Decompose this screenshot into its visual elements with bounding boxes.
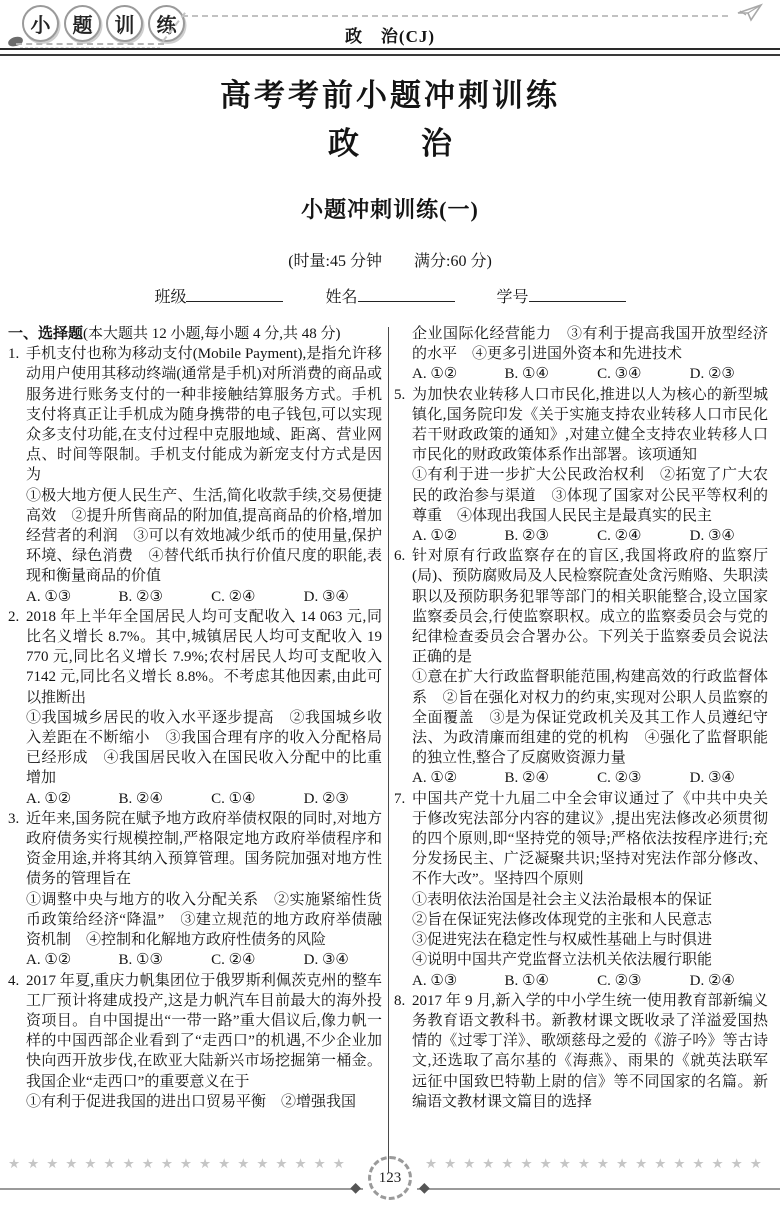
- question-stem: 2018 年上半年全国居民人均可支配收入 14 063 元,同比名义增长 8.7…: [26, 607, 382, 708]
- question-number: 3.: [8, 809, 19, 829]
- star-row: ★★★★★★★★★★★★★★★★★★: [425, 1156, 772, 1172]
- main-subject: 政 治: [0, 118, 780, 163]
- option-c: C. ②③: [597, 971, 690, 991]
- option-b: B. ①④: [505, 971, 598, 991]
- time-score-line: (时量:45 分钟 满分:60 分): [0, 248, 780, 271]
- option-d: D. ③④: [304, 950, 382, 970]
- name-field: 姓名: [325, 289, 454, 306]
- question-8: 8. 2017 年 9 月,新入学的中小学生统一使用教育部新编义务教育语文教科书…: [394, 991, 768, 1112]
- column-divider: [388, 327, 389, 1173]
- question-5: 5. 为加快农业转移人口市民化,推进以人为核心的新型城镇化,国务院印发《关于实施…: [394, 385, 768, 547]
- question-items: ①我国城乡居民的收入水平逐步提高 ②我国城乡收入差距在不断缩小 ③我国合理有序的…: [26, 708, 382, 789]
- diamond-icon: ◆: [419, 1180, 430, 1197]
- question-items: ①意在扩大行政监督职能范围,构建高效的行政监督体系 ②旨在强化对权力的约束,实现…: [412, 667, 768, 768]
- section-heading: 一、选择题(本大题共 12 小题,每小题 4 分,共 48 分): [8, 324, 382, 344]
- exam-body: 一、选择题(本大题共 12 小题,每小题 4 分,共 48 分) 1. 手机支付…: [0, 324, 780, 1176]
- question-options: A. ①② B. ②④ C. ①④ D. ②③: [26, 789, 382, 809]
- star-row: ★★★★★★★★★★★★★★★★★★: [8, 1156, 355, 1172]
- question-items: ①调整中央与地方的收入分配关系 ②实施紧缩性货币政策给经济“降温” ③建立规范的…: [26, 890, 382, 951]
- class-label: 班级: [154, 289, 186, 306]
- question-number: 6.: [394, 546, 405, 566]
- option-a: A. ①②: [26, 789, 119, 809]
- option-c: C. ②④: [211, 950, 304, 970]
- question-number: 5.: [394, 385, 405, 405]
- id-blank: [529, 286, 626, 302]
- option-d: D. ③④: [690, 768, 768, 788]
- question-item-4: ④说明中国共产党监督立法机关依法履行职能: [412, 950, 768, 970]
- name-blank: [358, 286, 455, 302]
- option-b: B. ①④: [505, 364, 598, 384]
- option-d: D. ②④: [690, 971, 768, 991]
- diamond-icon: ◆: [350, 1180, 361, 1197]
- option-c: C. ②③: [597, 768, 690, 788]
- question-options: A. ①② B. ②④ C. ②③ D. ③④: [412, 768, 768, 788]
- question-7: 7. 中国共产党十九届二中全会审议通过了《中共中央关于修改宪法部分内容的建议》,…: [394, 789, 768, 991]
- option-d: D. ③④: [690, 526, 768, 546]
- class-blank: [186, 286, 283, 302]
- class-field: 班级: [154, 289, 283, 306]
- id-label: 学号: [497, 289, 529, 306]
- option-b: B. ②④: [505, 768, 598, 788]
- option-a: A. ①②: [412, 364, 505, 384]
- student-info-line: 班级 姓名 学号: [0, 284, 780, 307]
- question-stem: 为加快农业转移人口市民化,推进以人为核心的新型城镇化,国务院印发《关于实施支持农…: [412, 385, 768, 466]
- option-d: D. ③④: [304, 587, 382, 607]
- badge-dash-line-2: [20, 47, 160, 48]
- footer-line: [0, 1188, 363, 1190]
- option-a: A. ①②: [412, 526, 505, 546]
- masthead: 小 题 训 练 政 治(CJ): [0, 0, 780, 46]
- question-number: 8.: [394, 991, 405, 1011]
- paper-title: 小题冲刺训练(一): [0, 193, 780, 224]
- option-c: C. ③④: [597, 364, 690, 384]
- question-stem: 手机支付也称为移动支付(Mobile Payment),是指允许移动用户使用其移…: [26, 344, 382, 485]
- option-c: C. ②④: [597, 526, 690, 546]
- question-4: 4. 2017 年夏,重庆力帆集团位于俄罗斯利佩茨克州的整车工厂预计将建成投产,…: [8, 971, 382, 1112]
- question-items: ①有利于进一步扩大公民政治权利 ②拓宽了广大农民的政治参与渠道 ③体现了国家对公…: [412, 465, 768, 526]
- header-double-rule: [0, 48, 780, 56]
- question-1: 1. 手机支付也称为移动支付(Mobile Payment),是指允许移动用户使…: [8, 344, 382, 607]
- option-d: D. ②③: [690, 364, 768, 384]
- footer-left-decoration: ★★★★★★★★★★★★★★★★★★ ◆: [0, 1156, 363, 1200]
- option-b: B. ①③: [119, 950, 212, 970]
- option-c: C. ②④: [211, 587, 304, 607]
- option-a: A. ①②: [412, 768, 505, 788]
- top-dash-line: [182, 15, 728, 17]
- question-stem: 2017 年夏,重庆力帆集团位于俄罗斯利佩茨克州的整车工厂预计将建成投产,这是力…: [26, 971, 382, 1092]
- left-column: 一、选择题(本大题共 12 小题,每小题 4 分,共 48 分) 1. 手机支付…: [8, 324, 382, 1176]
- question-3: 3. 近年来,国务院在赋予地方政府举债权限的同时,对地方政府债务实行规模控制,严…: [8, 809, 382, 971]
- question-number: 7.: [394, 789, 405, 809]
- footer-line: [417, 1188, 780, 1190]
- question-items-partial: ①有利于促进我国的进出口贸易平衡 ②增强我国: [26, 1092, 382, 1112]
- option-b: B. ②③: [119, 587, 212, 607]
- question-item-2: ②旨在保证宪法修改体现党的主张和人民意志: [412, 910, 768, 930]
- page-footer: ★★★★★★★★★★★★★★★★★★ ◆ 123 ★★★★★★★★★★★★★★★…: [0, 1156, 780, 1200]
- question-options: A. ①② B. ①③ C. ②④ D. ③④: [26, 950, 382, 970]
- page-number-badge: 123: [368, 1156, 412, 1200]
- question-options: A. ①② B. ①④ C. ③④ D. ②③: [412, 364, 768, 384]
- question-items-continued: 企业国际化经营能力 ③有利于提高我国开放型经济的水平 ④更多引进国外资本和先进技…: [412, 324, 768, 364]
- section-heading-bold: 一、选择题: [8, 326, 83, 342]
- option-a: A. ①③: [26, 587, 119, 607]
- question-stem: 针对原有行政监察存在的盲区,我国将政府的监察厅(局)、预防腐败局及人民检察院查处…: [412, 546, 768, 667]
- id-field: 学号: [497, 289, 626, 306]
- option-a: A. ①③: [412, 971, 505, 991]
- name-label: 姓名: [325, 289, 357, 306]
- main-title: 高考考前小题冲刺训练: [0, 70, 780, 115]
- question-number: 1.: [8, 344, 19, 364]
- question-item-1: ①表明依法治国是社会主义法治最根本的保证: [412, 890, 768, 910]
- question-number: 4.: [8, 971, 19, 991]
- question-4-continued: 企业国际化经营能力 ③有利于提高我国开放型经济的水平 ④更多引进国外资本和先进技…: [394, 324, 768, 385]
- question-stem: 中国共产党十九届二中全会审议通过了《中共中央关于修改宪法部分内容的建议》,提出宪…: [412, 789, 768, 890]
- option-d: D. ②③: [304, 789, 382, 809]
- option-b: B. ②④: [119, 789, 212, 809]
- option-b: B. ②③: [505, 526, 598, 546]
- option-c: C. ①④: [211, 789, 304, 809]
- question-items: ①极大地方便人民生产、生活,简化收款手续,交易便捷高效 ②提升所售商品的附加值,…: [26, 486, 382, 587]
- question-stem: 2017 年 9 月,新入学的中小学生统一使用教育部新编义务教育语文教科书。新教…: [412, 991, 768, 1112]
- question-stem: 近年来,国务院在赋予地方政府举债权限的同时,对地方政府债务实行规模控制,严格限定…: [26, 809, 382, 890]
- question-options: A. ①③ B. ①④ C. ②③ D. ②④: [412, 971, 768, 991]
- question-options: A. ①② B. ②③ C. ②④ D. ③④: [412, 526, 768, 546]
- page-subject: 政 治(CJ): [0, 22, 780, 47]
- footer-right-decoration: ★★★★★★★★★★★★★★★★★★ ◆: [417, 1156, 780, 1200]
- question-2: 2. 2018 年上半年全国居民人均可支配收入 14 063 元,同比名义增长 …: [8, 607, 382, 809]
- exam-page: 小 题 训 练 政 治(CJ) 高考考前小题冲刺训练 政 治 小题冲刺训练(一)…: [0, 0, 780, 1212]
- question-item-3: ③促进宪法在稳定性与权威性基础上与时俱进: [412, 930, 768, 950]
- question-number: 2.: [8, 607, 19, 627]
- question-6: 6. 针对原有行政监察存在的盲区,我国将政府的监察厅(局)、预防腐败局及人民检察…: [394, 546, 768, 788]
- right-column: 企业国际化经营能力 ③有利于提高我国开放型经济的水平 ④更多引进国外资本和先进技…: [394, 324, 768, 1176]
- question-options: A. ①③ B. ②③ C. ②④ D. ③④: [26, 587, 382, 607]
- option-a: A. ①②: [26, 950, 119, 970]
- section-heading-rest: (本大题共 12 小题,每小题 4 分,共 48 分): [83, 326, 341, 342]
